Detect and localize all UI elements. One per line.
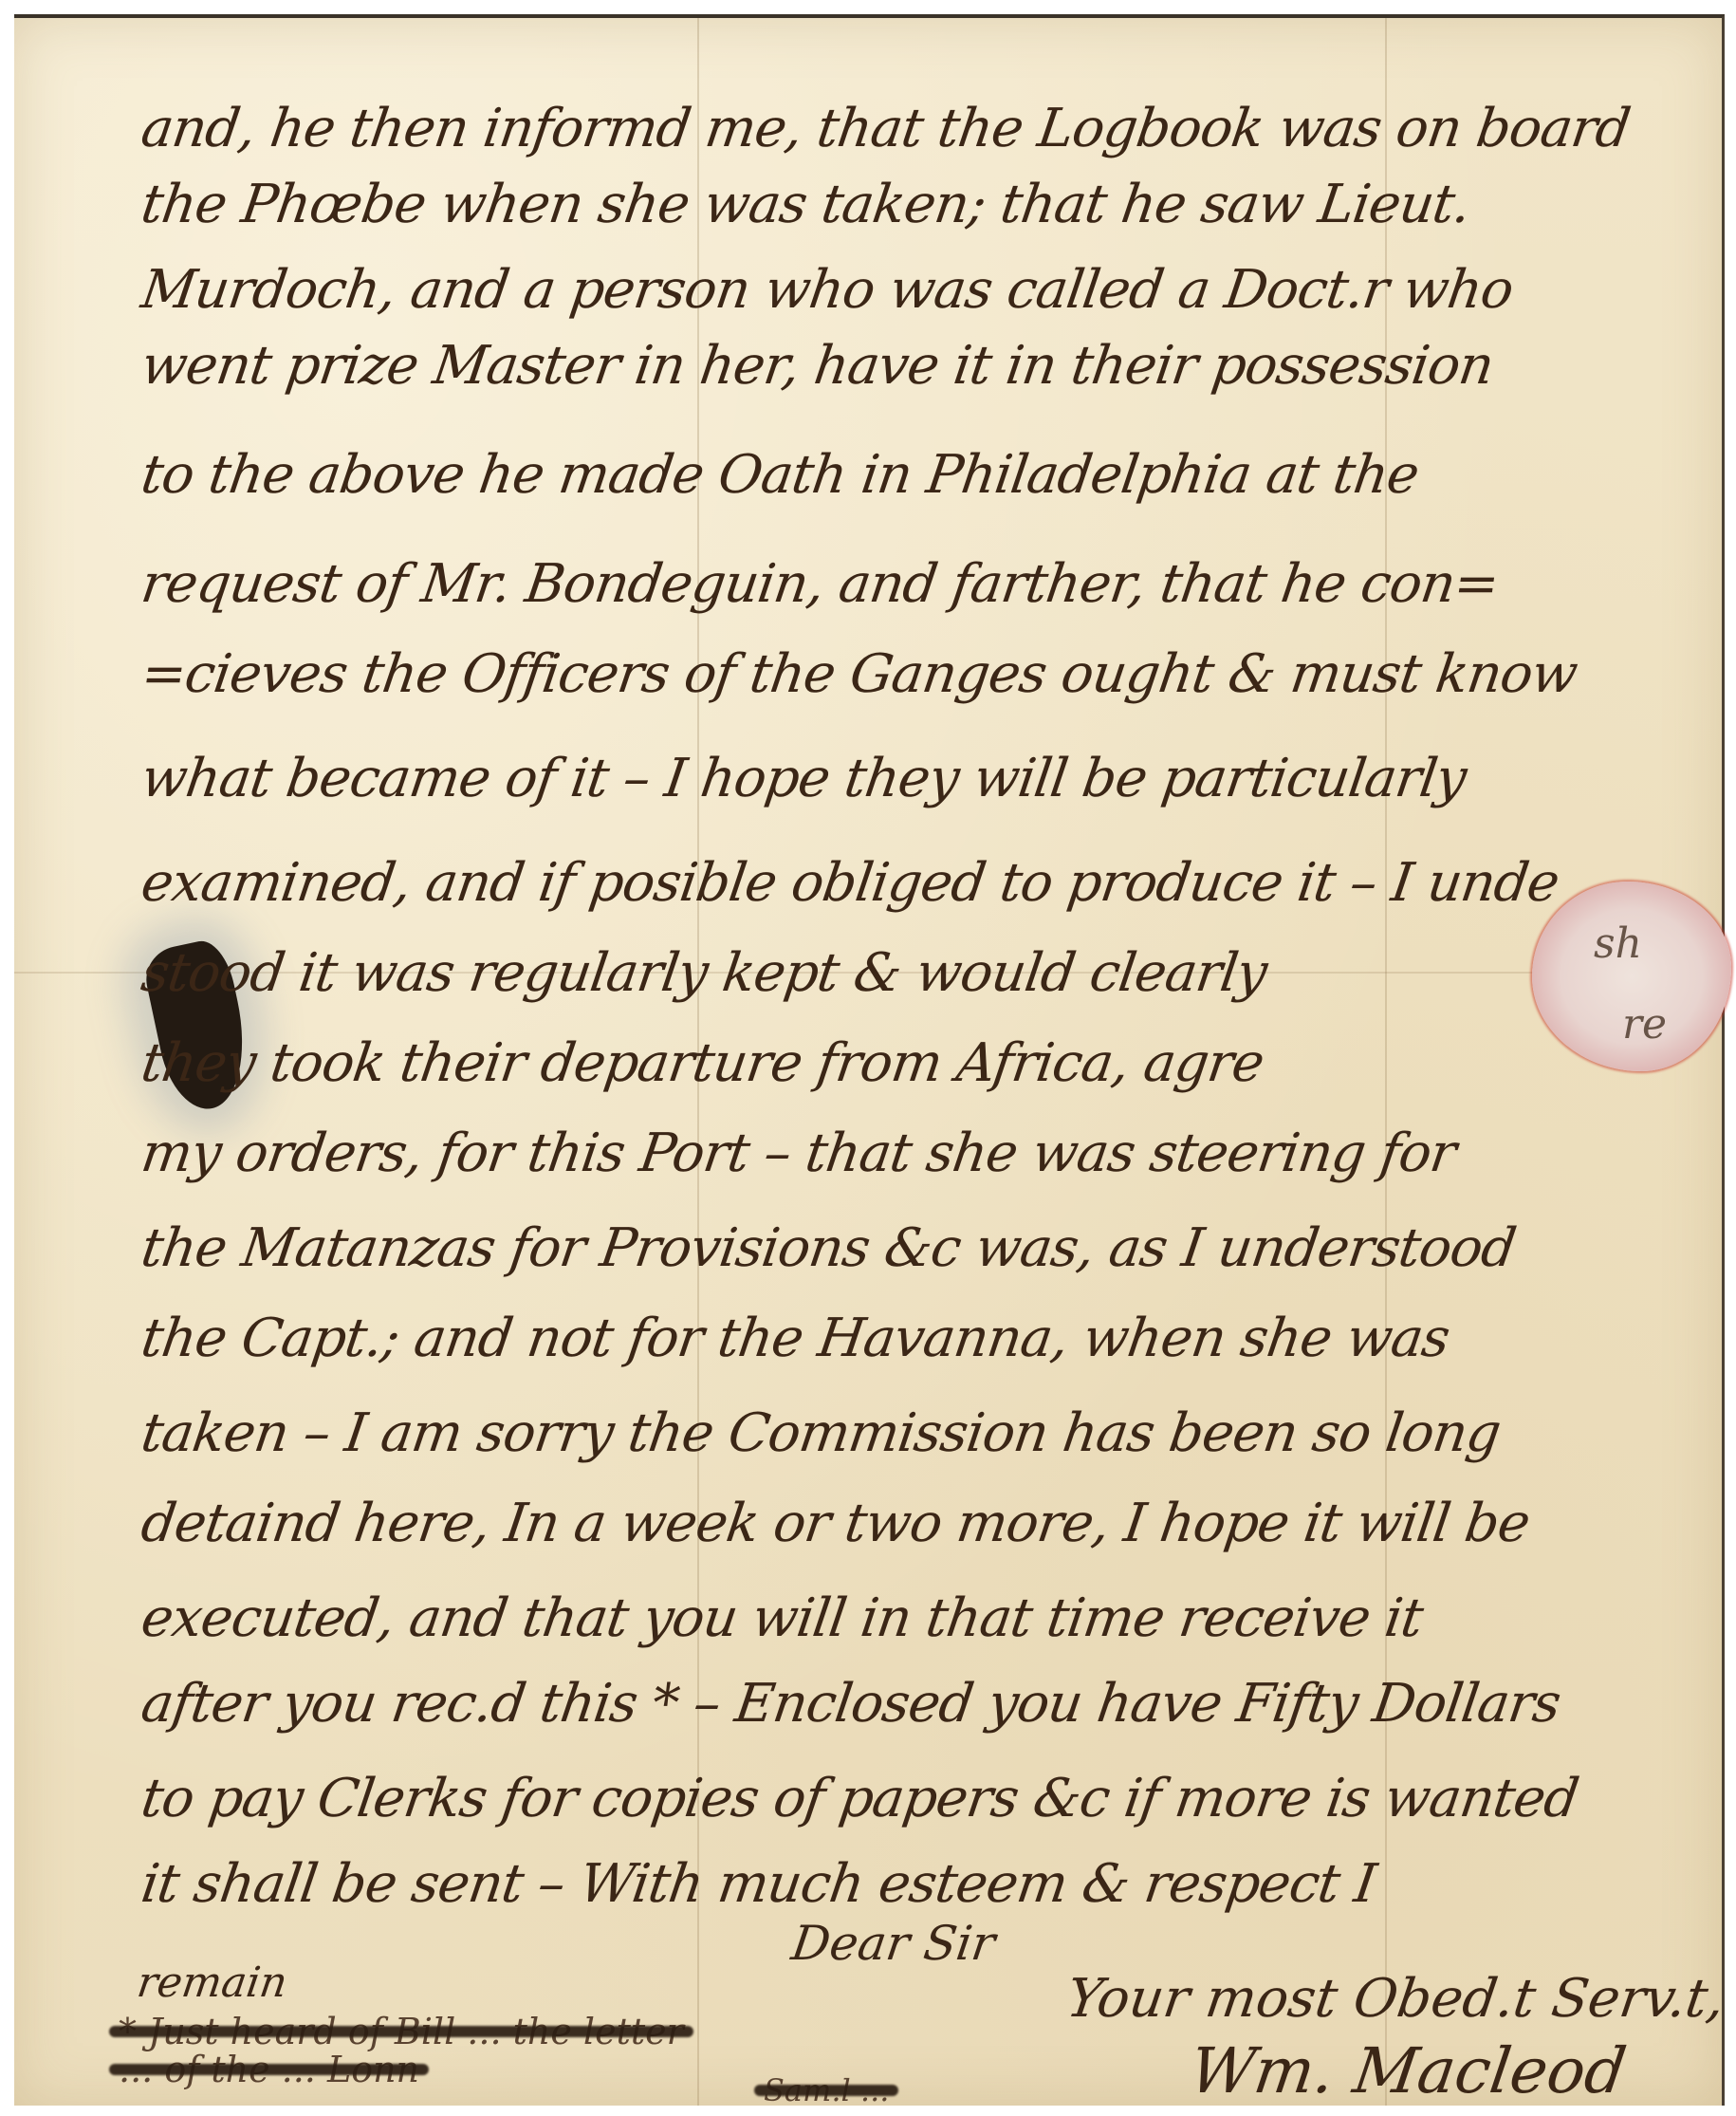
letter-line: what became of it – I hope they will be … <box>138 749 1702 809</box>
letter-line: the Phœbe when she was taken; that he sa… <box>138 175 1702 235</box>
letter-line: detaind here, In a week or two more, I h… <box>138 1494 1702 1554</box>
struck-through-line: * Just heard of Bill ... the letter <box>119 2011 684 2052</box>
letter-line: they took their departure from Africa, a… <box>138 1033 1702 1094</box>
letter-line: and, he then informd me, that the Logboo… <box>138 99 1702 159</box>
letter-line: the Capt.; and not for the Havanna, when… <box>138 1309 1702 1369</box>
letter-line: after you rec.d this * – Enclosed you ha… <box>138 1674 1702 1735</box>
closing-valediction: Your most Obed.t Serv.t, <box>1062 1968 1728 2030</box>
letter-line: to pay Clerks for copies of papers &c if… <box>138 1769 1702 1829</box>
struck-through-line: Sam.l ... <box>764 2072 889 2108</box>
letter-line: Murdoch, and a person who was called a D… <box>138 260 1702 321</box>
letter-line: request of Mr. Bondeguin, and farther, t… <box>138 554 1702 615</box>
letter-line: the Matanzas for Provisions &c was, as I… <box>138 1218 1702 1279</box>
letter-line: examined, and if posible obliged to prod… <box>138 853 1702 914</box>
signature: Wm. Macleod <box>1186 2034 1631 2107</box>
letter-line: it shall be sent – With much esteem & re… <box>138 1854 1702 1915</box>
letter-line: went prize Master in her, have it in the… <box>138 336 1702 397</box>
letter-line: my orders, for this Port – that she was … <box>138 1123 1702 1184</box>
letter-line: to the above he made Oath in Philadelphi… <box>138 445 1702 506</box>
letter-line: =cieves the Officers of the Ganges ought… <box>138 644 1702 705</box>
letter-line: stood it was regularly kept & would clea… <box>138 943 1702 1004</box>
closing-salutation: Dear Sir <box>788 1916 999 1971</box>
closing-remain: remain <box>134 1958 290 2007</box>
struck-through-line: ... of the ... Lonn <box>119 2049 419 2090</box>
letter-line: taken – I am sorry the Commission has be… <box>138 1403 1702 1464</box>
letter-page: sh re and, he then informd me, that the … <box>14 14 1725 2106</box>
letter-line: executed, and that you will in that time… <box>138 1588 1702 1649</box>
